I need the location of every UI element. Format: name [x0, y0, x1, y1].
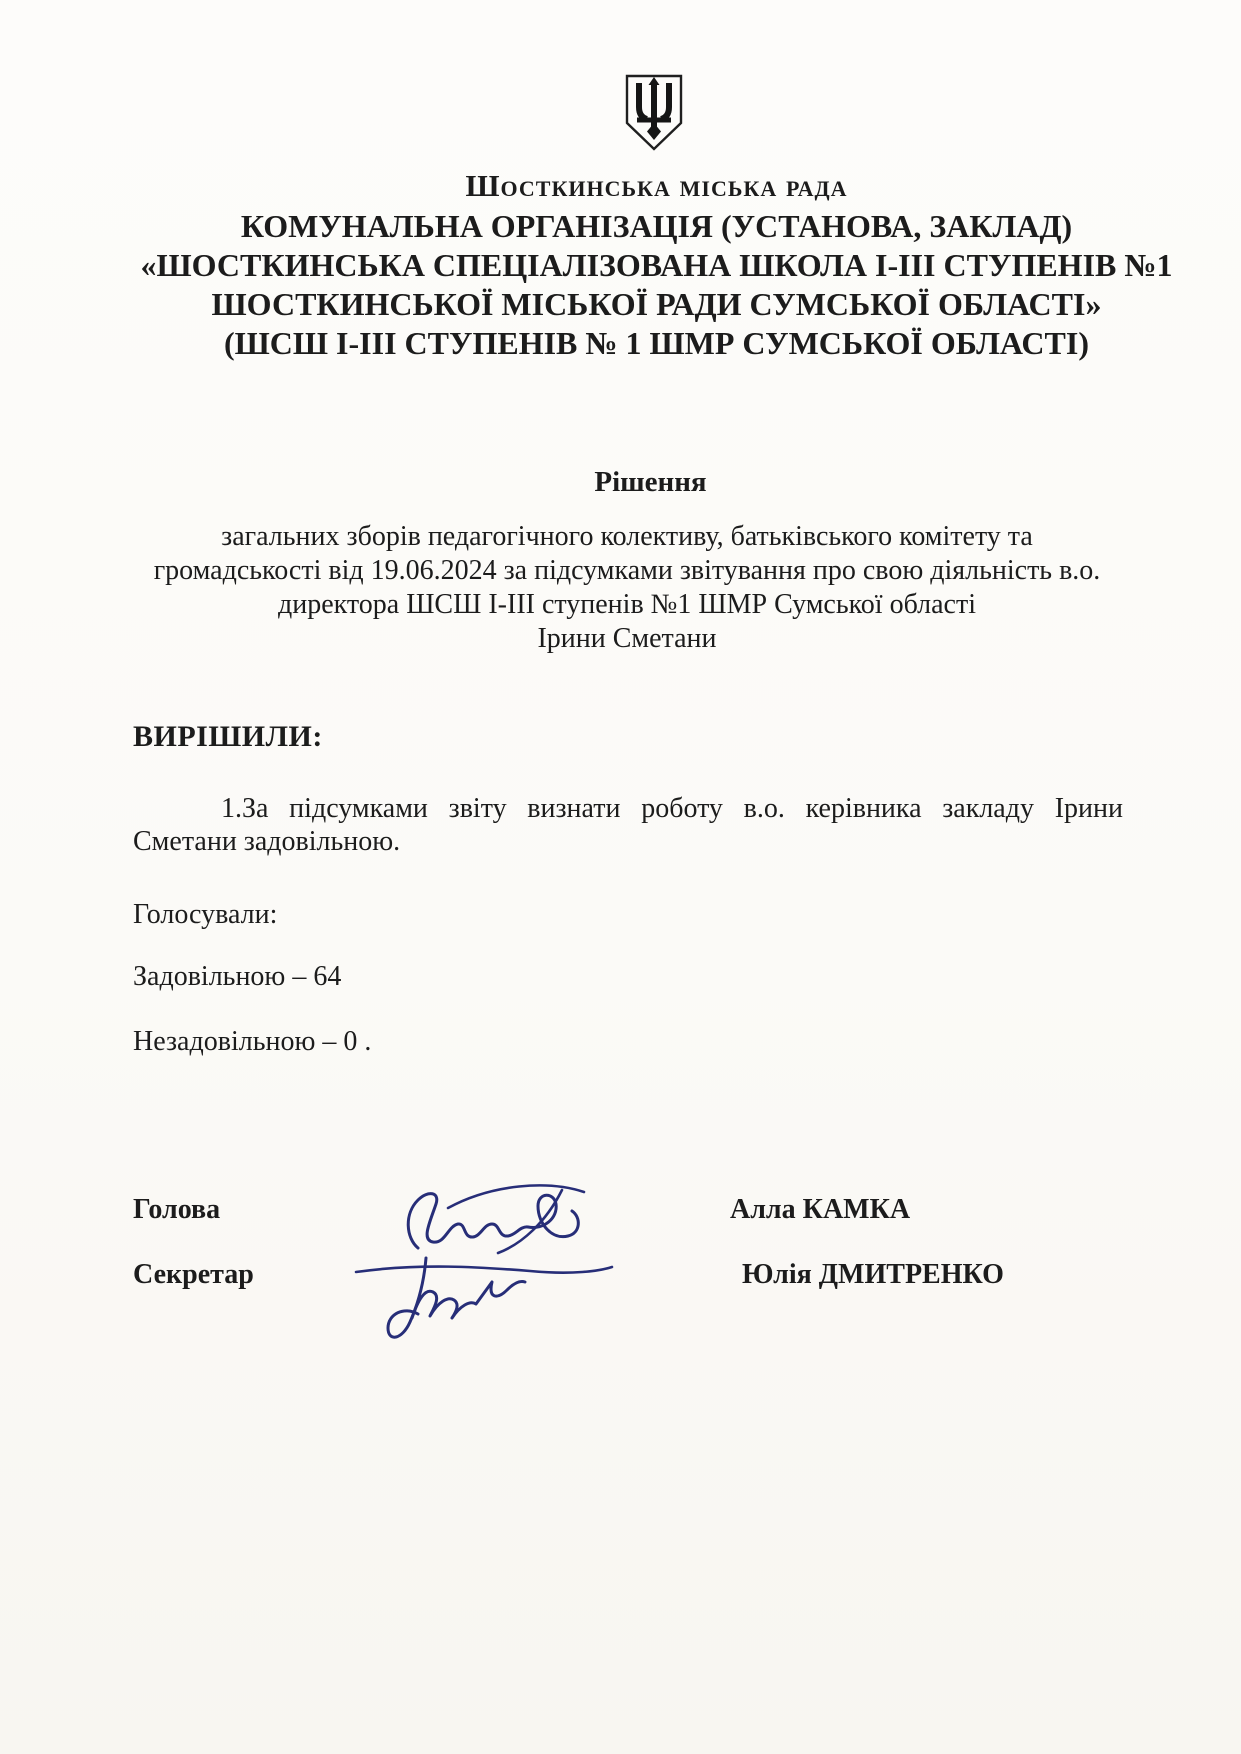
secretary-signature-icon: [356, 1258, 612, 1337]
subject-line-1: загальних зборів педагогічного колективу…: [133, 520, 1121, 554]
org-name-line-4: (ШСШ І-ІІІ СТУПЕНІВ № 1 ШМР СУМСЬКОЇ ОБЛ…: [36, 325, 1241, 362]
resolution-line-2: Сметани задовільною.: [133, 825, 1123, 858]
subject-line-4: Ірини Сметани: [133, 622, 1121, 656]
ukraine-trident-emblem: [623, 74, 685, 152]
resolved-heading: ВИРІШИЛИ:: [133, 720, 323, 754]
handwritten-signatures-overlay: [300, 1140, 660, 1360]
signatory-name: Алла КАМКА: [730, 1194, 910, 1226]
org-name-line-2: «ШОСТКИНСЬКА СПЕЦІАЛІЗОВАНА ШКОЛА І-ІІІ …: [36, 247, 1241, 284]
council-name: Шосткинська міська рада: [36, 168, 1241, 204]
org-name-line-3: ШОСТКИНСЬКОЇ МІСЬКОЇ РАДИ СУМСЬКОЇ ОБЛАС…: [36, 286, 1241, 323]
document-title: Рішення: [30, 466, 1241, 499]
scanned-document-page: Шосткинська міська рада КОМУНАЛЬНА ОРГАН…: [0, 0, 1241, 1754]
signatory-role: Голова: [133, 1194, 220, 1226]
subject-line-2: громадськості від 19.06.2024 за підсумка…: [133, 554, 1121, 588]
subject-line-3: директора ШСШ І-ІІІ ступенів №1 ШМР Сумс…: [133, 588, 1121, 622]
chairman-signature-icon: [408, 1185, 584, 1253]
resolution-line-1: 1.За підсумками звіту визнати роботу в.о…: [133, 792, 1123, 825]
subject-paragraph: загальних зборів педагогічного колективу…: [133, 520, 1121, 656]
signatory-name: Юлія ДМИТРЕНКО: [742, 1259, 1004, 1291]
voting-result-satisfactory: Задовільною – 64: [133, 961, 341, 993]
org-name-line-1: КОМУНАЛЬНА ОРГАНІЗАЦІЯ (УСТАНОВА, ЗАКЛАД…: [36, 208, 1241, 245]
voting-result-unsatisfactory: Незадовільною – 0 .: [133, 1026, 371, 1058]
voting-label: Голосували:: [133, 899, 277, 931]
resolution-paragraph: 1.За підсумками звіту визнати роботу в.о…: [133, 792, 1123, 858]
signatory-role: Секретар: [133, 1259, 254, 1291]
